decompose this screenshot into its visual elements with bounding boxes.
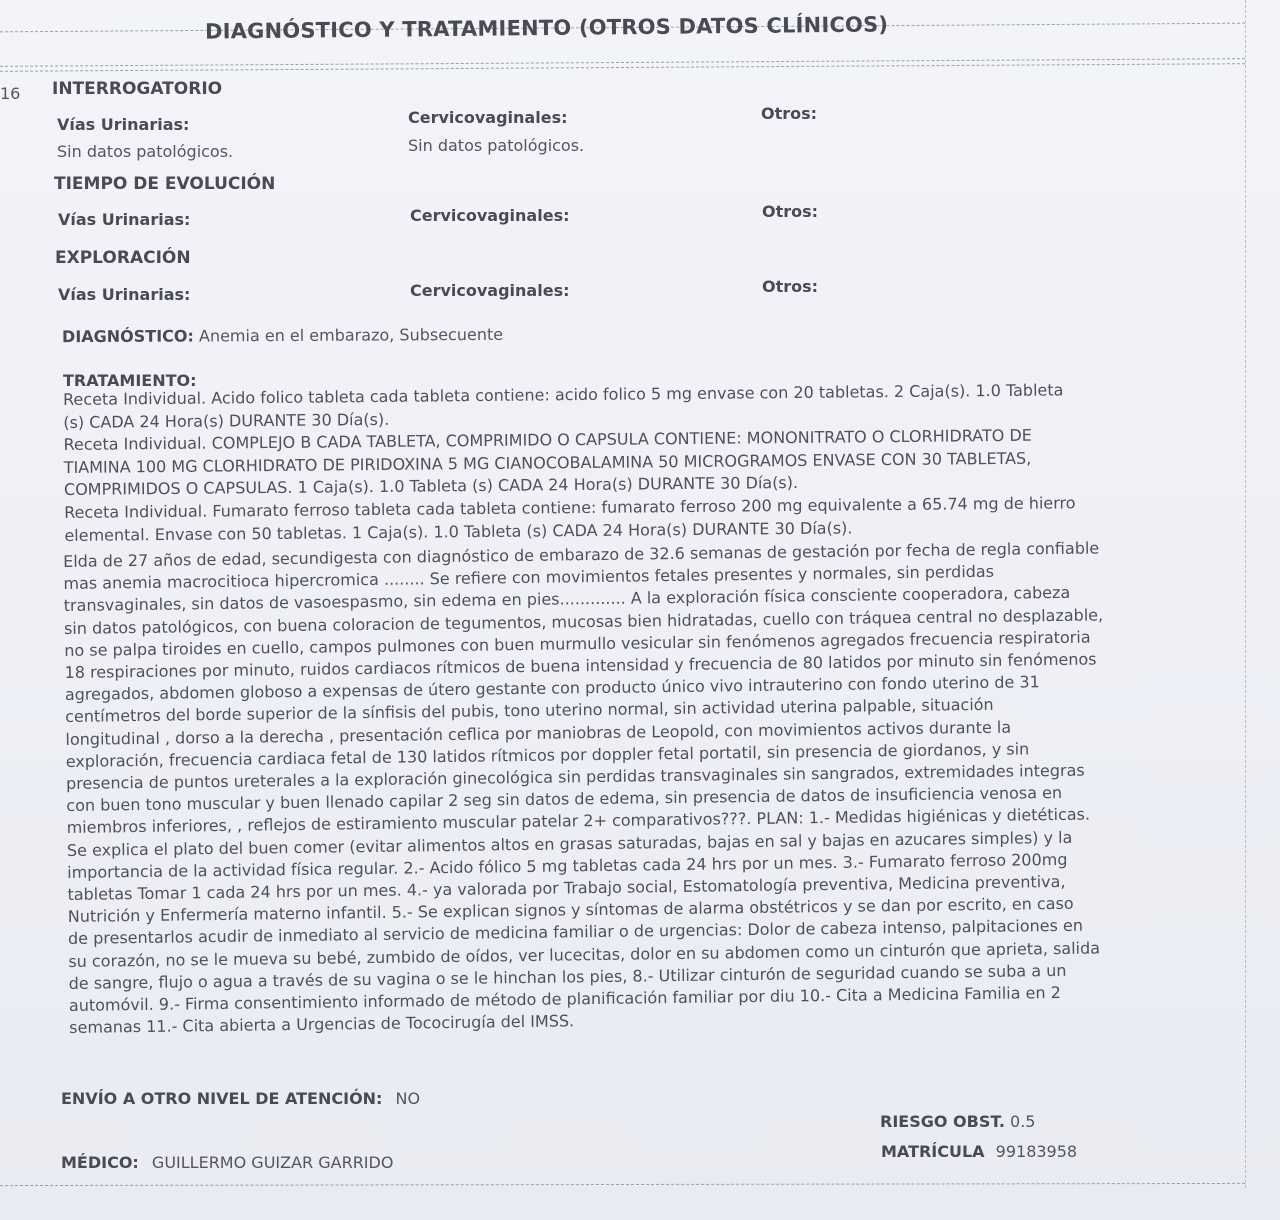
- medico-label: MÉDICO:: [61, 1153, 139, 1172]
- interrogatorio-cervicovaginales-value: Sin datos patológicos.: [408, 136, 584, 155]
- title-rule-upper: [0, 58, 1245, 67]
- riesgo-label: RIESGO OBST.: [880, 1112, 1005, 1131]
- riesgo-row: RIESGO OBST. 0.5: [880, 1112, 1035, 1131]
- page-number-fragment: 16: [0, 84, 20, 103]
- interrogatorio-otros-label: Otros:: [761, 104, 817, 123]
- matricula-row: MATRÍCULA 99183958: [881, 1142, 1077, 1161]
- interrogatorio-cervicovaginales-label: Cervicovaginales:: [408, 108, 567, 127]
- section-exploracion-heading: EXPLORACIÓN: [55, 248, 191, 268]
- exploracion-vias-urinarias-label: Vías Urinarias:: [58, 285, 190, 304]
- medico-value: GUILLERMO GUIZAR GARRIDO: [152, 1153, 394, 1172]
- matricula-value: 99183958: [996, 1142, 1077, 1161]
- section-tiempo-evolucion-heading: TIEMPO DE EVOLUCIÓN: [54, 174, 275, 194]
- clinical-note: Elda de 27 años de edad, secundigesta co…: [63, 537, 1109, 1039]
- matricula-label: MATRÍCULA: [881, 1142, 985, 1161]
- exploracion-cervicovaginales-label: Cervicovaginales:: [410, 281, 569, 300]
- clinical-document-page: DIAGNÓSTICO Y TRATAMIENTO (OTROS DATOS C…: [0, 0, 1246, 1188]
- interrogatorio-vias-urinarias-label: Vías Urinarias:: [57, 115, 189, 134]
- riesgo-value: 0.5: [1010, 1112, 1035, 1131]
- tiempo-otros-label: Otros:: [762, 202, 818, 221]
- diagnostico-label: DIAGNÓSTICO:: [62, 326, 194, 346]
- envio-row: ENVÍO A OTRO NIVEL DE ATENCIÓN: NO: [61, 1089, 420, 1108]
- envio-value: NO: [396, 1089, 421, 1108]
- envio-label: ENVÍO A OTRO NIVEL DE ATENCIÓN:: [61, 1089, 382, 1108]
- medico-row: MÉDICO: GUILLERMO GUIZAR GARRIDO: [61, 1153, 393, 1172]
- interrogatorio-vias-urinarias-value: Sin datos patológicos.: [57, 142, 233, 161]
- section-interrogatorio-heading: INTERROGATORIO: [52, 79, 222, 99]
- diagnostico-row: DIAGNÓSTICO: Anemia en el embarazo, Subs…: [62, 325, 503, 346]
- diagnostico-value: Anemia en el embarazo, Subsecuente: [199, 325, 503, 346]
- document-title: DIAGNÓSTICO Y TRATAMIENTO (OTROS DATOS C…: [205, 12, 888, 43]
- tiempo-cervicovaginales-label: Cervicovaginales:: [410, 206, 569, 225]
- bottom-rule: [0, 1183, 1245, 1186]
- tratamiento-prescriptions: Receta Individual. Acido folico tableta …: [63, 379, 1076, 547]
- exploracion-otros-label: Otros:: [762, 277, 818, 296]
- tiempo-vias-urinarias-label: Vías Urinarias:: [58, 210, 190, 229]
